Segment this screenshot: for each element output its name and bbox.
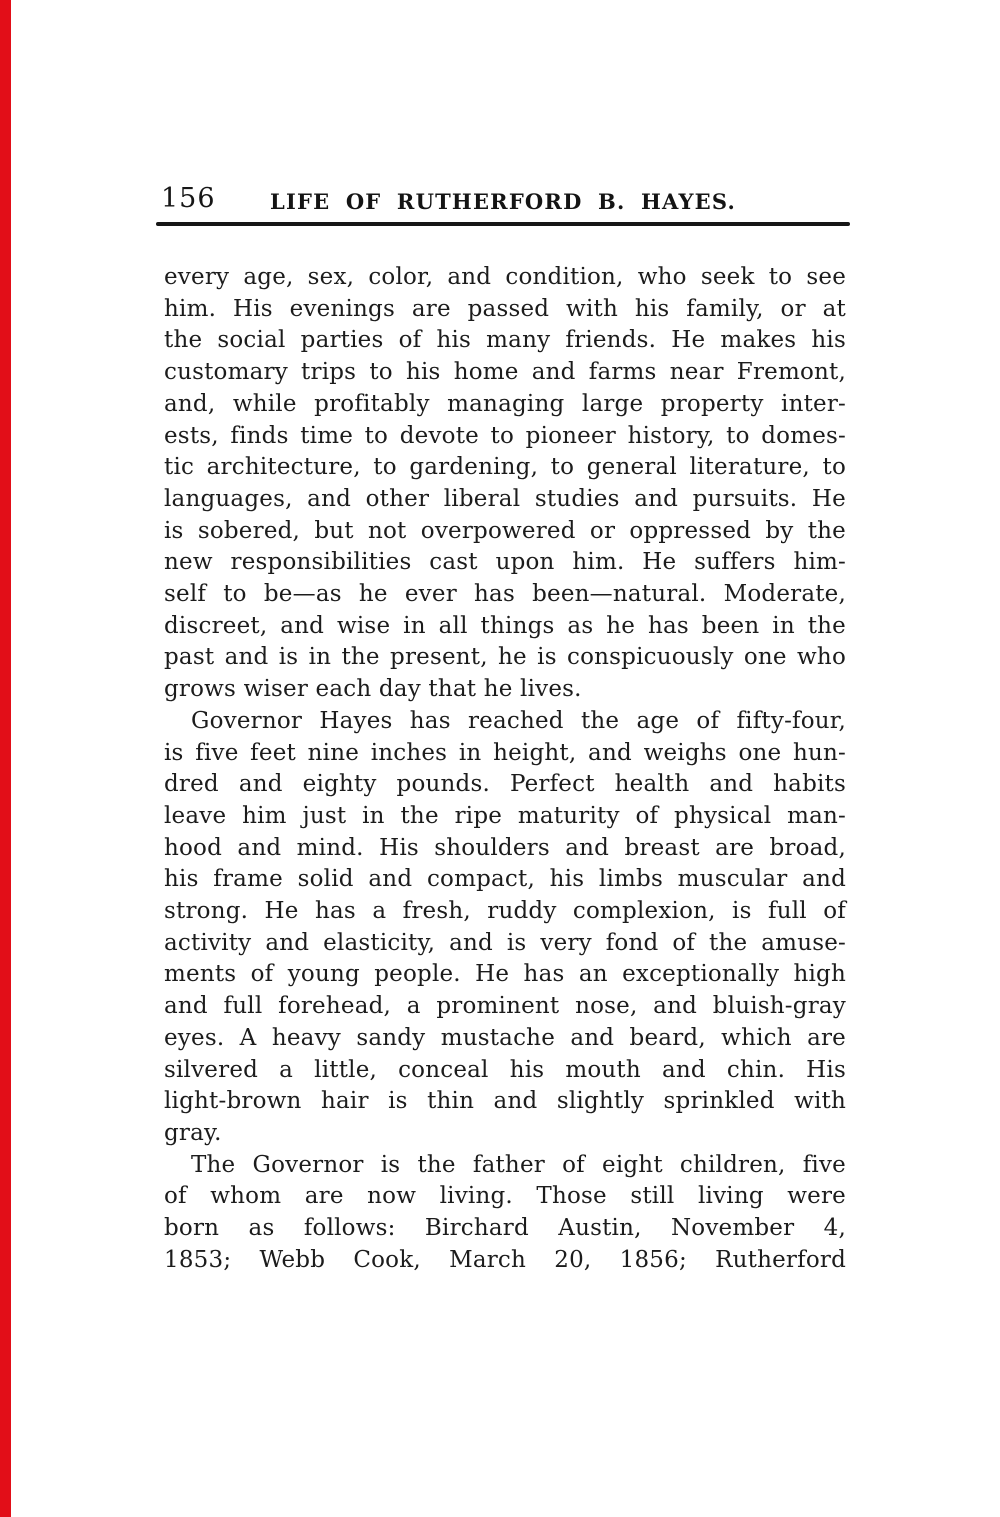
text-line: him. His evenings are passed with his fa… [164, 294, 846, 326]
text-line: born as follows: Birchard Austin, Novemb… [164, 1213, 846, 1245]
text-line: light-brown hair is thin and slightly sp… [164, 1086, 846, 1118]
text-line: ests, finds time to devote to pioneer hi… [164, 421, 846, 453]
text-line: dred and eighty pounds. Perfect health a… [164, 769, 846, 801]
text-line: grows wiser each day that he lives. [164, 674, 846, 706]
text-line: 1853; Webb Cook, March 20, 1856; Rutherf… [164, 1245, 846, 1277]
text-line: strong. He has a fresh, ruddy complexion… [164, 896, 846, 928]
text-line: ments of young people. He has an excepti… [164, 959, 846, 991]
paragraph: every age, sex, color, and condition, wh… [164, 262, 846, 706]
text-line: discreet, and wise in all things as he h… [164, 611, 846, 643]
text-line: leave him just in the ripe maturity of p… [164, 801, 846, 833]
text-line: his frame solid and compact, his limbs m… [164, 864, 846, 896]
text-line: silvered a little, conceal his mouth and… [164, 1055, 846, 1087]
text-line: of whom are now living. Those still livi… [164, 1181, 846, 1213]
text-line: activity and elasticity, and is very fon… [164, 928, 846, 960]
text-line: Governor Hayes has reached the age of fi… [164, 706, 846, 738]
text-line: customary trips to his home and farms ne… [164, 357, 846, 389]
header-rule [156, 222, 850, 226]
text-line: The Governor is the father of eight chil… [164, 1150, 846, 1182]
paragraph: Governor Hayes has reached the age of fi… [164, 706, 846, 1150]
paragraph: The Governor is the father of eight chil… [164, 1150, 846, 1277]
text-line: tic architecture, to gardening, to gener… [164, 452, 846, 484]
page-text-body: every age, sex, color, and condition, wh… [164, 262, 846, 1277]
text-line: the social parties of his many friends. … [164, 325, 846, 357]
text-line: and, while profitably managing large pro… [164, 389, 846, 421]
text-line: gray. [164, 1118, 846, 1150]
running-header-title: LIFE OF RUTHERFORD B. HAYES. [157, 191, 849, 212]
text-line: past and is in the present, he is conspi… [164, 642, 846, 674]
text-line: and full forehead, a prominent nose, and… [164, 991, 846, 1023]
text-line: new responsibilities cast upon him. He s… [164, 547, 846, 579]
text-line: is five feet nine inches in height, and … [164, 738, 846, 770]
text-line: self to be—as he ever has been—natural. … [164, 579, 846, 611]
text-line: languages, and other liberal studies and… [164, 484, 846, 516]
scan-edge-stripe [0, 0, 11, 1517]
text-line: hood and mind. His shoulders and breast … [164, 833, 846, 865]
text-line: eyes. A heavy sandy mustache and beard, … [164, 1023, 846, 1055]
text-line: is sobered, but not overpowered or oppre… [164, 516, 846, 548]
text-line: every age, sex, color, and condition, wh… [164, 262, 846, 294]
